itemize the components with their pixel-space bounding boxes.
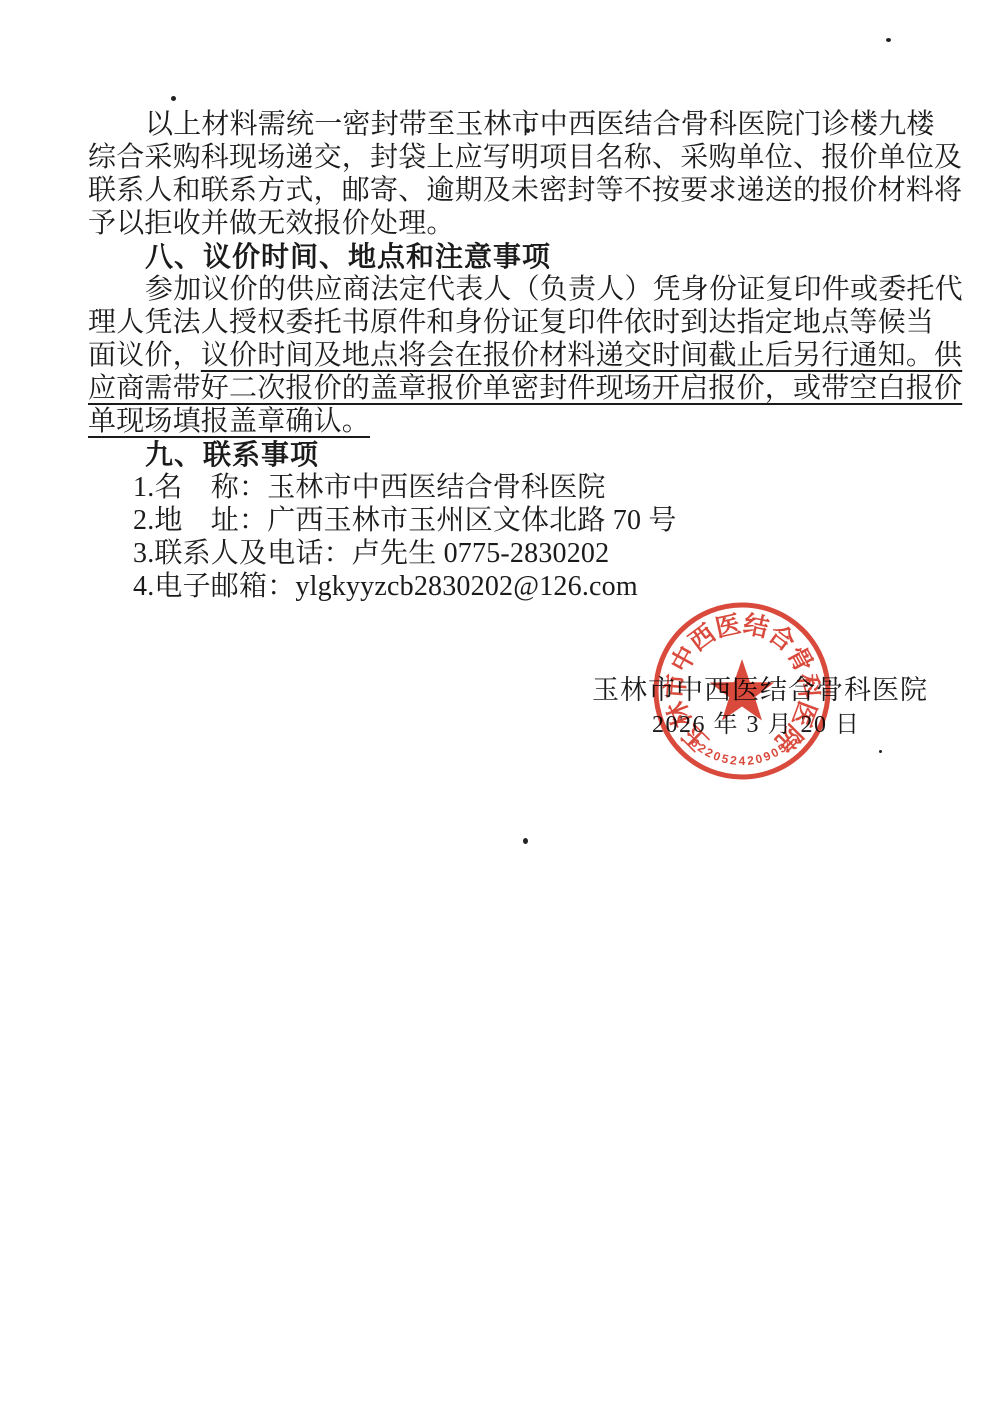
scan-speck	[526, 128, 530, 133]
scan-speck	[523, 838, 528, 844]
paragraph-line: 应商需带好二次报价的盖章报价单密封件现场开启报价，或带空白报价	[88, 372, 918, 405]
contact-phone-line: 3.联系人及电话：卢先生 0775-2830202	[88, 537, 918, 570]
seal-star-icon	[710, 659, 775, 721]
line-text: 综合采购科现场递交，封袋上应写明项目名称、采购单位、报价单位及	[88, 142, 962, 173]
paragraph-line: 予以拒收并做无效报价处理。	[88, 207, 918, 240]
scan-speck	[879, 750, 882, 753]
line-text: 3.联系人及电话：卢先生 0775-2830202	[133, 538, 609, 569]
line-text: 面议价，	[88, 340, 201, 371]
line-text: 参加议价的供应商法定代表人（负责人）凭身份证复印件或委托代	[145, 274, 963, 305]
official-seal-stamp: 玉林市中西医结合骨科医院4509024250226	[642, 591, 842, 791]
underlined-text: 应商需带好二次报价的盖章报价单密封件现场开启报价，或带空白报价	[88, 373, 962, 404]
line-text: 理人凭法人授权委托书原件和身份证复印件依时到达指定地点等候当	[88, 307, 934, 338]
contact-name-line: 1.名 称：玉林市中西医结合骨科医院	[88, 471, 918, 504]
paragraph-line: 综合采购科现场递交，封袋上应写明项目名称、采购单位、报价单位及	[88, 141, 918, 174]
seal-code-digit: 2	[729, 753, 738, 768]
underlined-text: 议价时间及地点将会在报价材料递交时间截止后另行通知。供	[201, 340, 962, 371]
line-text: 2.地 址：广西玉林市玉州区文体北路 70 号	[133, 505, 677, 536]
seal-ring-char: 医	[713, 610, 743, 643]
seal-ring-char: 科	[793, 673, 823, 701]
seal-ring-char: 市	[661, 673, 691, 700]
section-heading-9: 九、联系事项	[88, 438, 918, 471]
paragraph-line: 单现场填报盖章确认。	[88, 405, 918, 438]
scan-speck	[171, 96, 176, 101]
underlined-text: 单现场填报盖章确认。	[88, 406, 370, 437]
document-body: 以上材料需统一密封带至玉林市中西医结合骨科医院门诊楼九楼 综合采购科现场递交，封…	[88, 108, 918, 603]
scan-speck	[886, 38, 891, 42]
paragraph-line: 以上材料需统一密封带至玉林市中西医结合骨科医院门诊楼九楼	[88, 108, 918, 141]
heading-text: 九、联系事项	[145, 439, 319, 470]
section-heading-8: 八、议价时间、地点和注意事项	[88, 240, 918, 273]
paragraph-line: 联系人和联系方式，邮寄、逾期及未密封等不按要求递送的报价材料将	[88, 174, 918, 207]
line-text: 1.名 称：玉林市中西医结合骨科医院	[133, 472, 606, 503]
contact-address-line: 2.地 址：广西玉林市玉州区文体北路 70 号	[88, 504, 918, 537]
line-text: 予以拒收并做无效报价处理。	[88, 208, 455, 239]
scanned-document-page: 以上材料需统一密封带至玉林市中西医结合骨科医院门诊楼九楼 综合采购科现场递交，封…	[0, 0, 1000, 1412]
paragraph-line: 参加议价的供应商法定代表人（负责人）凭身份证复印件或委托代	[88, 273, 918, 306]
line-text: 联系人和联系方式，邮寄、逾期及未密封等不按要求递送的报价材料将	[88, 175, 962, 206]
heading-text: 八、议价时间、地点和注意事项	[145, 241, 551, 272]
line-text: 4.电子邮箱：ylgkyyzcb2830202@126.com	[133, 571, 638, 602]
line-text: 以上材料需统一密封带至玉林市中西医结合骨科医院门诊楼九楼	[145, 109, 935, 140]
seal-code-digit: 4	[739, 754, 746, 768]
paragraph-line: 面议价，议价时间及地点将会在报价材料递交时间截止后另行通知。供	[88, 339, 918, 372]
paragraph-line: 理人凭法人授权委托书原件和身份证复印件依时到达指定地点等候当	[88, 306, 918, 339]
